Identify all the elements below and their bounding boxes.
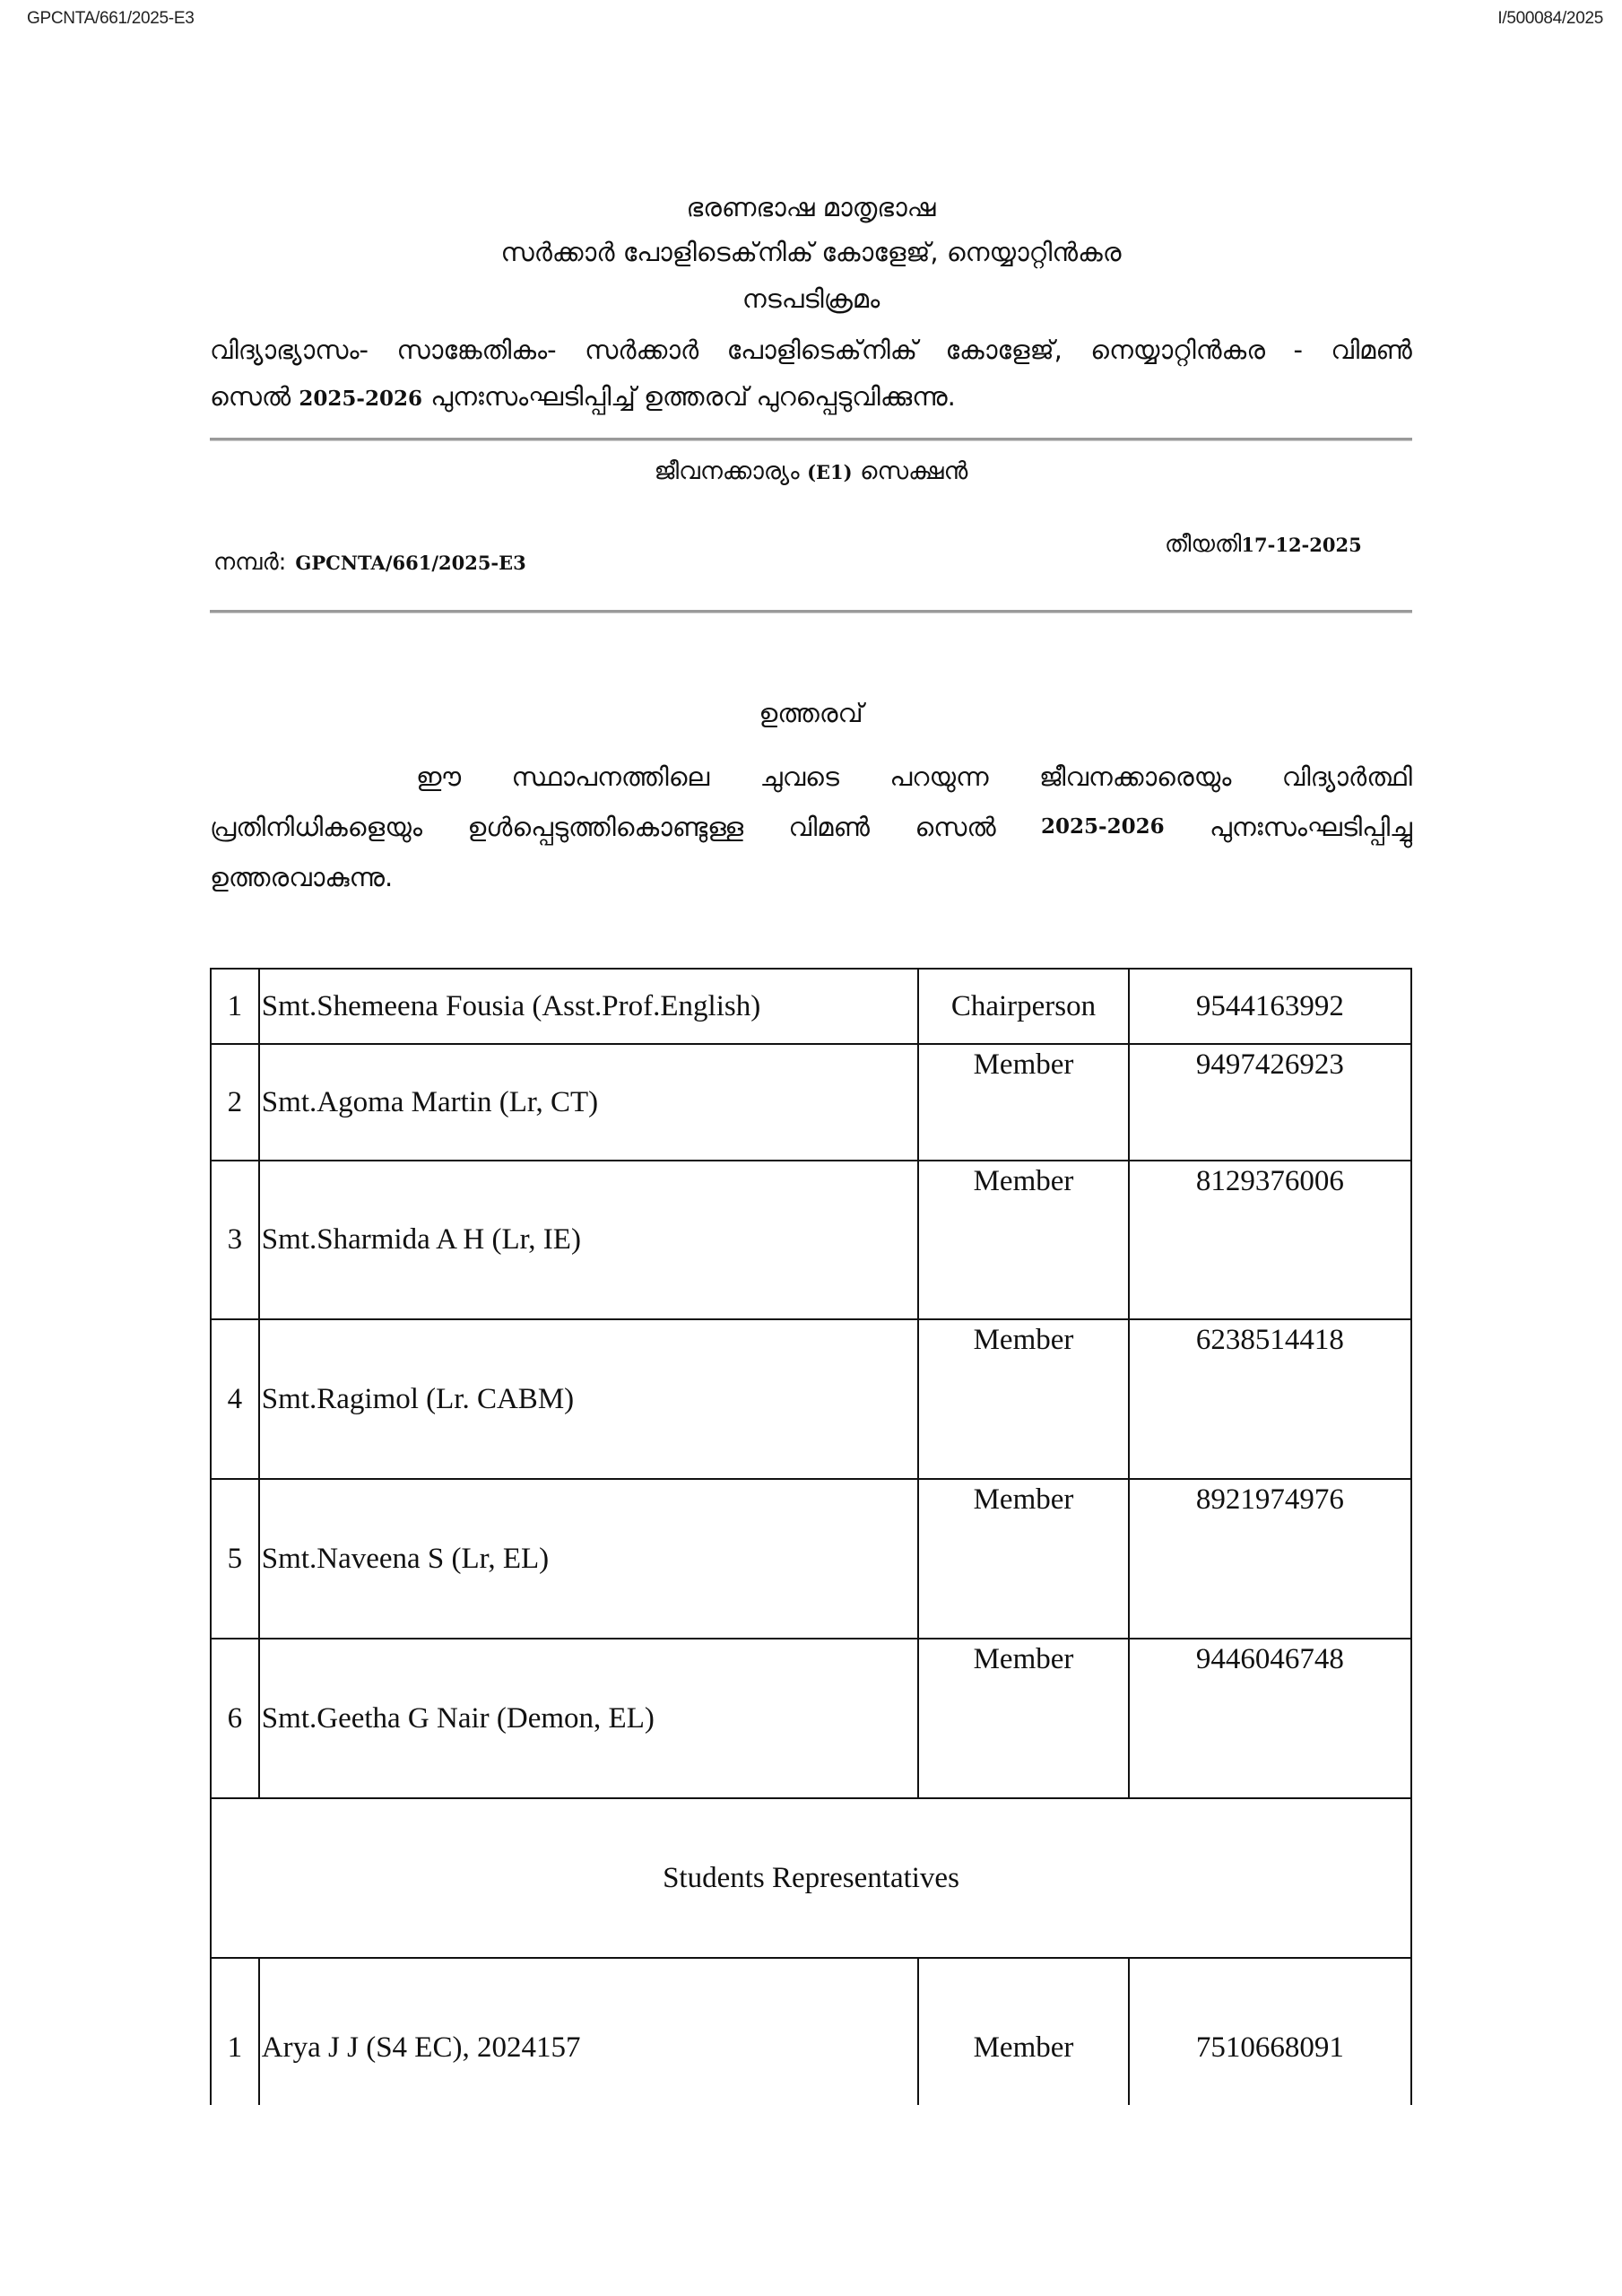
order-line-3: ഉത്തരവാകുന്നു. bbox=[210, 852, 1412, 902]
table-row: 4Smt.Ragimol (Lr. CABM)Member6238514418 bbox=[211, 1319, 1411, 1479]
table-row: 5Smt.Naveena S (Lr, EL)Member8921974976 bbox=[211, 1479, 1411, 1639]
member-phone-cell: 8921974976 bbox=[1129, 1479, 1411, 1639]
subject-line-1: വിദ്യാഭ്യാസം- സാങ്കേതികം- സർക്കാർ പോളിടെ… bbox=[210, 326, 1412, 373]
serial-number-cell: 2 bbox=[211, 1044, 259, 1161]
order-date-label: തീയതി bbox=[1165, 531, 1241, 558]
heading-institution: സർക്കാർ പോളിടെക്‌നിക് കോളേജ്, നെയ്യാറ്റി… bbox=[210, 237, 1412, 268]
member-name-cell: Smt.Shemeena Fousia (Asst.Prof.English) bbox=[259, 969, 918, 1044]
table-row: 3Smt.Sharmida A H (Lr, IE)Member81293760… bbox=[211, 1161, 1411, 1319]
order-title: ഉത്തരവ് bbox=[210, 698, 1412, 729]
serial-number-cell: 4 bbox=[211, 1319, 259, 1479]
subject-suffix: പുനഃസംഘടിപ്പിച്ച് ഉത്തരവ് പുറപ്പെടുവിക്ക… bbox=[422, 381, 956, 412]
order-line-2: പ്രതിനിധികളെയുംഉൾപ്പെടുത്തികൊണ്ടുള്ളവിമൺ… bbox=[210, 802, 1412, 852]
order-word: ജീവനക്കാരെയും bbox=[1039, 752, 1231, 802]
member-phone-cell: 9544163992 bbox=[1129, 969, 1411, 1044]
member-role-cell: Member bbox=[918, 1479, 1129, 1639]
students-section-row: Students Representatives bbox=[211, 1798, 1411, 1958]
member-name-cell: Smt.Agoma Martin (Lr, CT) bbox=[259, 1044, 918, 1161]
serial-number-cell: 6 bbox=[211, 1639, 259, 1798]
order-word: സെൽ bbox=[915, 802, 995, 852]
subject-line-2: സെൽ 2025-2026 പുനഃസംഘടിപ്പിച്ച് ഉത്തരവ് … bbox=[210, 373, 1412, 422]
member-phone-cell: 8129376006 bbox=[1129, 1161, 1411, 1319]
order-number-label: നമ്പർ: bbox=[213, 549, 286, 576]
order-word: സ്ഥാപനത്തിലെ bbox=[512, 752, 710, 802]
order-word: ചുവടെ bbox=[760, 752, 839, 802]
file-reference-left: GPCNTA/661/2025-E3 bbox=[27, 9, 194, 29]
table-row: 1Smt.Shemeena Fousia (Asst.Prof.English)… bbox=[211, 969, 1411, 1044]
member-role-cell: Member bbox=[918, 1044, 1129, 1161]
page-bottom-margin bbox=[0, 2105, 1622, 2296]
member-name-cell: Smt.Geetha G Nair (Demon, EL) bbox=[259, 1639, 918, 1798]
section-title: ജീവനക്കാര്യം (E1) സെക്ഷൻ bbox=[210, 457, 1412, 486]
order-body: ഈസ്ഥാപനത്തിലെചുവടെപറയുന്നജീവനക്കാരെയുംവി… bbox=[210, 752, 1412, 902]
order-word: 2025-2026 bbox=[1041, 802, 1165, 852]
serial-number-cell: 1 bbox=[211, 969, 259, 1044]
file-reference-right: I/500084/2025 bbox=[1497, 9, 1603, 29]
order-word: ഉൾപ്പെടുത്തികൊണ്ടുള്ള bbox=[467, 802, 743, 852]
member-phone-cell: 9446046748 bbox=[1129, 1639, 1411, 1798]
order-word: പ്രതിനിധികളെയും bbox=[210, 802, 422, 852]
subject-prefix: സെൽ bbox=[210, 381, 299, 412]
order-word: വിമൺ bbox=[788, 802, 870, 852]
heading-official-language: ഭരണഭാഷ മാതൃഭാഷ bbox=[210, 192, 1412, 223]
member-name-cell: Smt.Ragimol (Lr. CABM) bbox=[259, 1319, 918, 1479]
member-role-cell: Member bbox=[918, 1161, 1129, 1319]
subject-block: വിദ്യാഭ്യാസം- സാങ്കേതികം- സർക്കാർ പോളിടെ… bbox=[210, 326, 1412, 422]
section-title-suffix: സെക്ഷൻ bbox=[853, 457, 968, 485]
subject-year: 2025-2026 bbox=[299, 387, 422, 411]
women-cell-members-table: 1Smt.Shemeena Fousia (Asst.Prof.English)… bbox=[210, 968, 1412, 2137]
table-row: 6Smt.Geetha G Nair (Demon, EL)Member9446… bbox=[211, 1639, 1411, 1798]
member-role-cell: Chairperson bbox=[918, 969, 1129, 1044]
order-line-1: ഈസ്ഥാപനത്തിലെചുവടെപറയുന്നജീവനക്കാരെയുംവി… bbox=[210, 752, 1412, 802]
member-phone-cell: 6238514418 bbox=[1129, 1319, 1411, 1479]
member-phone-cell: 9497426923 bbox=[1129, 1044, 1411, 1161]
section-code: (E1) bbox=[807, 461, 853, 483]
order-word: ഈ bbox=[416, 752, 461, 802]
order-date: തീയതി17-12-2025 bbox=[1165, 531, 1362, 559]
divider-bottom bbox=[210, 610, 1412, 613]
order-word: വിദ്യാർത്ഥി bbox=[1282, 752, 1412, 802]
member-name-cell: Smt.Naveena S (Lr, EL) bbox=[259, 1479, 918, 1639]
section-title-prefix: ജീവനക്കാര്യം bbox=[655, 457, 807, 485]
serial-number-cell: 5 bbox=[211, 1479, 259, 1639]
divider-top bbox=[210, 438, 1412, 441]
order-word: പുനഃസംഘടിപ്പിച്ചു bbox=[1210, 802, 1412, 852]
member-role-cell: Member bbox=[918, 1319, 1129, 1479]
heading-proceedings: നടപടിക്രമം bbox=[210, 283, 1412, 315]
order-word: പറയുന്ന bbox=[889, 752, 988, 802]
order-number-value: GPCNTA/661/2025-E3 bbox=[295, 552, 525, 574]
order-number: നമ്പർ:GPCNTA/661/2025-E3 bbox=[213, 549, 526, 577]
member-role-cell: Member bbox=[918, 1639, 1129, 1798]
order-date-value: 17-12-2025 bbox=[1241, 534, 1361, 556]
students-section-title: Students Representatives bbox=[211, 1798, 1411, 1958]
table-row: 2Smt.Agoma Martin (Lr, CT)Member94974269… bbox=[211, 1044, 1411, 1161]
member-name-cell: Smt.Sharmida A H (Lr, IE) bbox=[259, 1161, 918, 1319]
serial-number-cell: 3 bbox=[211, 1161, 259, 1319]
